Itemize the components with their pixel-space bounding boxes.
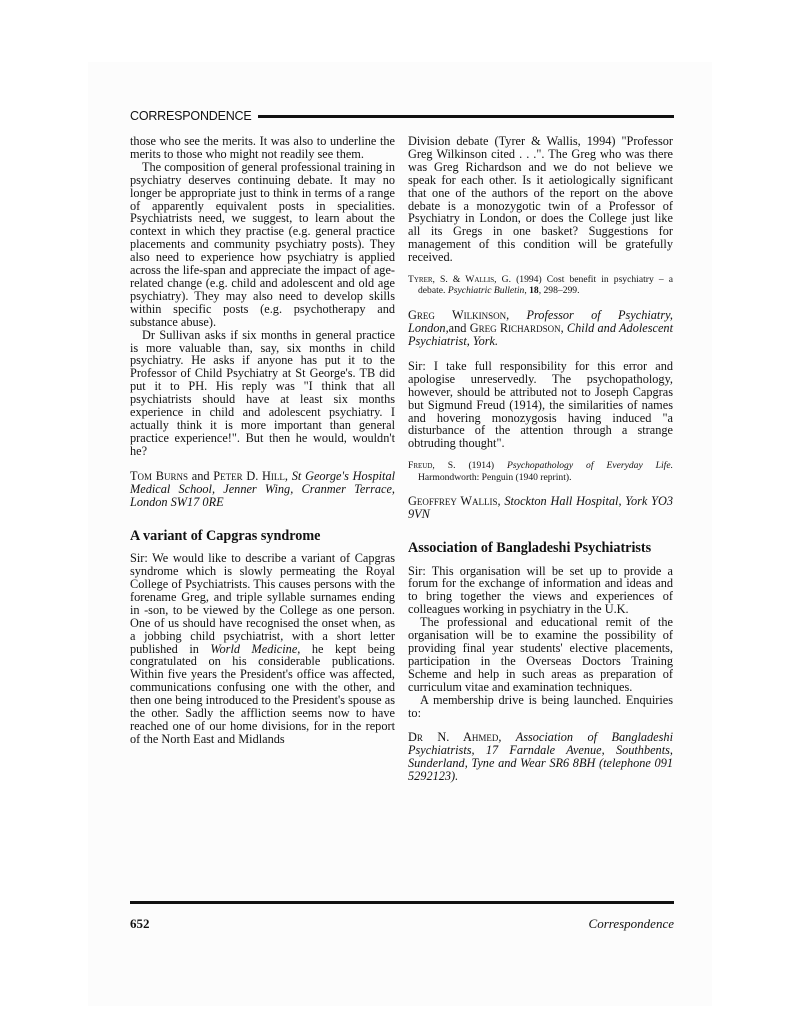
reference-pages: , 298–299. xyxy=(539,285,580,296)
body-paragraph: Sir: I take full responsibility for this… xyxy=(408,360,673,450)
section-heading: A variant of Capgras syndrome xyxy=(130,529,395,545)
reference-journal: Psychiatric Bulletin xyxy=(448,285,524,296)
footer-section-title: Correspondence xyxy=(589,916,674,932)
letter-signature: Greg Wilkinson, Professor of Psychiatry,… xyxy=(408,309,673,348)
author-name: Greg Richardson xyxy=(470,321,561,335)
body-paragraph: Division debate (Tyrer & Wallis, 1994) "… xyxy=(408,135,673,264)
author-name: Peter D. Hill xyxy=(213,469,285,483)
paragraph-text: Sir: We would like to describe a variant… xyxy=(130,551,395,655)
right-column: Division debate (Tyrer & Wallis, 1994) "… xyxy=(408,135,673,783)
body-paragraph: Dr Sullivan asks if six months in genera… xyxy=(130,329,395,458)
reference-text: Harmondworth: Penguin (1940 reprint). xyxy=(418,472,571,483)
page-number: 652 xyxy=(130,916,150,932)
author-joiner: and xyxy=(188,469,213,483)
letter-signature: Geoffrey Wallis, Stockton Hall Hospital,… xyxy=(408,495,673,521)
left-column: those who see the merits. It was also to… xyxy=(130,135,395,746)
running-head: CORRESPONDENCE xyxy=(130,108,674,124)
author-joiner: and xyxy=(449,321,470,335)
body-paragraph: The professional and educational remit o… xyxy=(408,616,673,693)
author-name: Greg Wilkinson xyxy=(408,308,506,322)
reference-entry: Freud, S. (1914) Psychopathology of Ever… xyxy=(408,460,673,483)
body-paragraph: A membership drive is being launched. En… xyxy=(408,694,673,720)
reference-entry: Tyrer, S. & Wallis, G. (1994) Cost benef… xyxy=(408,274,673,297)
author-name: Geoffrey Wallis xyxy=(408,494,498,508)
running-head-label: CORRESPONDENCE xyxy=(130,109,252,123)
author-name: Tom Burns xyxy=(130,469,188,483)
body-paragraph: those who see the merits. It was also to… xyxy=(130,135,395,161)
footer-rule xyxy=(130,901,674,904)
body-paragraph: The composition of general professional … xyxy=(130,161,395,329)
reference-volume: 18 xyxy=(529,285,539,296)
author-name: Dr N. Ahmed xyxy=(408,730,498,744)
body-paragraph: Sir: This organisation will be set up to… xyxy=(408,565,673,617)
reference-authors: Tyrer, S. & Wallis, G. xyxy=(408,274,511,285)
body-paragraph: Sir: We would like to describe a variant… xyxy=(130,552,395,746)
section-heading: Association of Bangladeshi Psychiatrists xyxy=(408,541,673,557)
journal-title: World Medicine xyxy=(210,642,297,656)
paragraph-text: , he kept being congratulated on his con… xyxy=(130,642,395,746)
reference-text: (1914) xyxy=(456,460,508,471)
reference-title: Psychopathology of Everyday Life. xyxy=(507,460,673,471)
letter-signature: Tom Burns and Peter D. Hill, St George's… xyxy=(130,470,395,509)
journal-page: CORRESPONDENCE those who see the merits.… xyxy=(130,108,674,938)
letter-signature: Dr N. Ahmed, Association of Bangladeshi … xyxy=(408,731,673,783)
running-head-rule xyxy=(258,115,674,118)
reference-authors: Freud, S. xyxy=(408,460,456,471)
